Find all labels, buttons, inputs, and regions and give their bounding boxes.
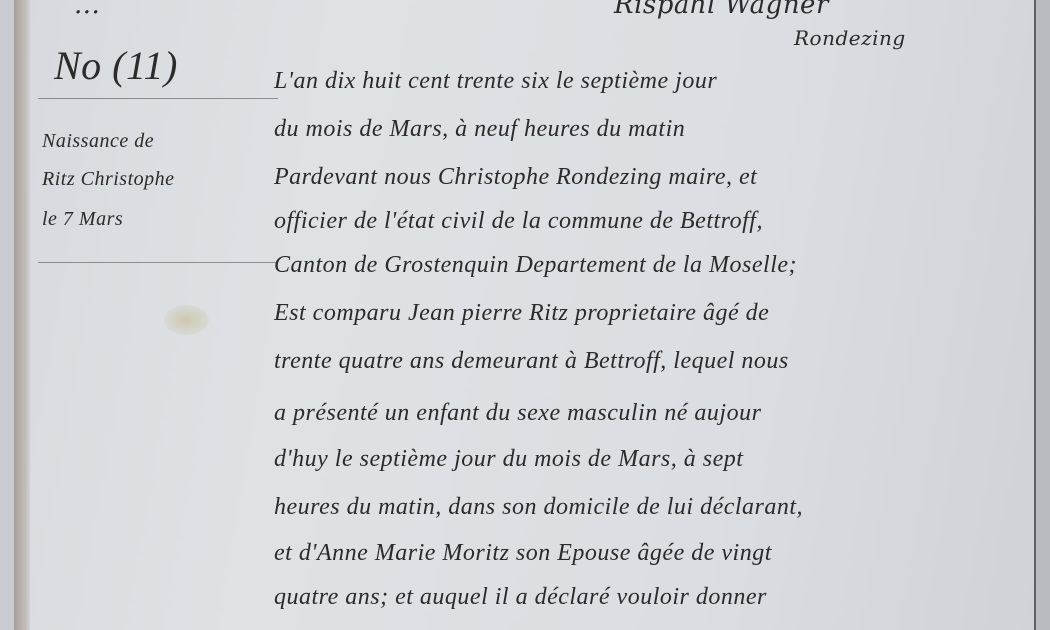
margin-note-line-2: Ritz Christophe (42, 168, 175, 191)
body-line-9: d'huy le septième jour du mois de Mars, … (274, 446, 743, 473)
body-line-7: trente quatre ans demeurant à Bettroff, … (274, 348, 789, 375)
body-line-5: Canton de Grostenquin Departement de la … (274, 252, 797, 279)
top-cut-text-left: ... (74, 0, 100, 20)
page-binding (14, 0, 30, 630)
body-line-11: et d'Anne Marie Moritz son Epouse âgée d… (274, 540, 772, 567)
body-line-8: a présenté un enfant du sexe masculin né… (274, 400, 761, 427)
body-line-12: quatre ans; et auquel il a déclaré voulo… (274, 584, 767, 611)
body-line-6: Est comparu Jean pierre Ritz proprietair… (274, 300, 769, 327)
margin-divider-top (38, 98, 278, 99)
top-cut-name: Rondezing (794, 26, 906, 50)
body-line-2: du mois de Mars, à neuf heures du matin (274, 116, 685, 143)
body-line-1: L'an dix huit cent trente six le septièm… (274, 68, 717, 95)
margin-divider-bottom (38, 262, 278, 263)
top-cut-signature: Rispahl Wagner (614, 0, 829, 20)
body-line-4: officier de l'état civil de la commune d… (274, 208, 763, 235)
register-page: ... Rispahl Wagner Rondezing No (11) Nai… (14, 0, 1036, 630)
paper-stain (164, 305, 209, 335)
entry-number: No (11) (54, 42, 178, 89)
margin-note-line-1: Naissance de (42, 130, 154, 153)
body-line-3: Pardevant nous Christophe Rondezing mair… (274, 164, 757, 191)
margin-note-line-3: le 7 Mars (42, 208, 123, 231)
page-edge (1036, 0, 1050, 630)
body-line-10: heures du matin, dans son domicile de lu… (274, 494, 803, 521)
